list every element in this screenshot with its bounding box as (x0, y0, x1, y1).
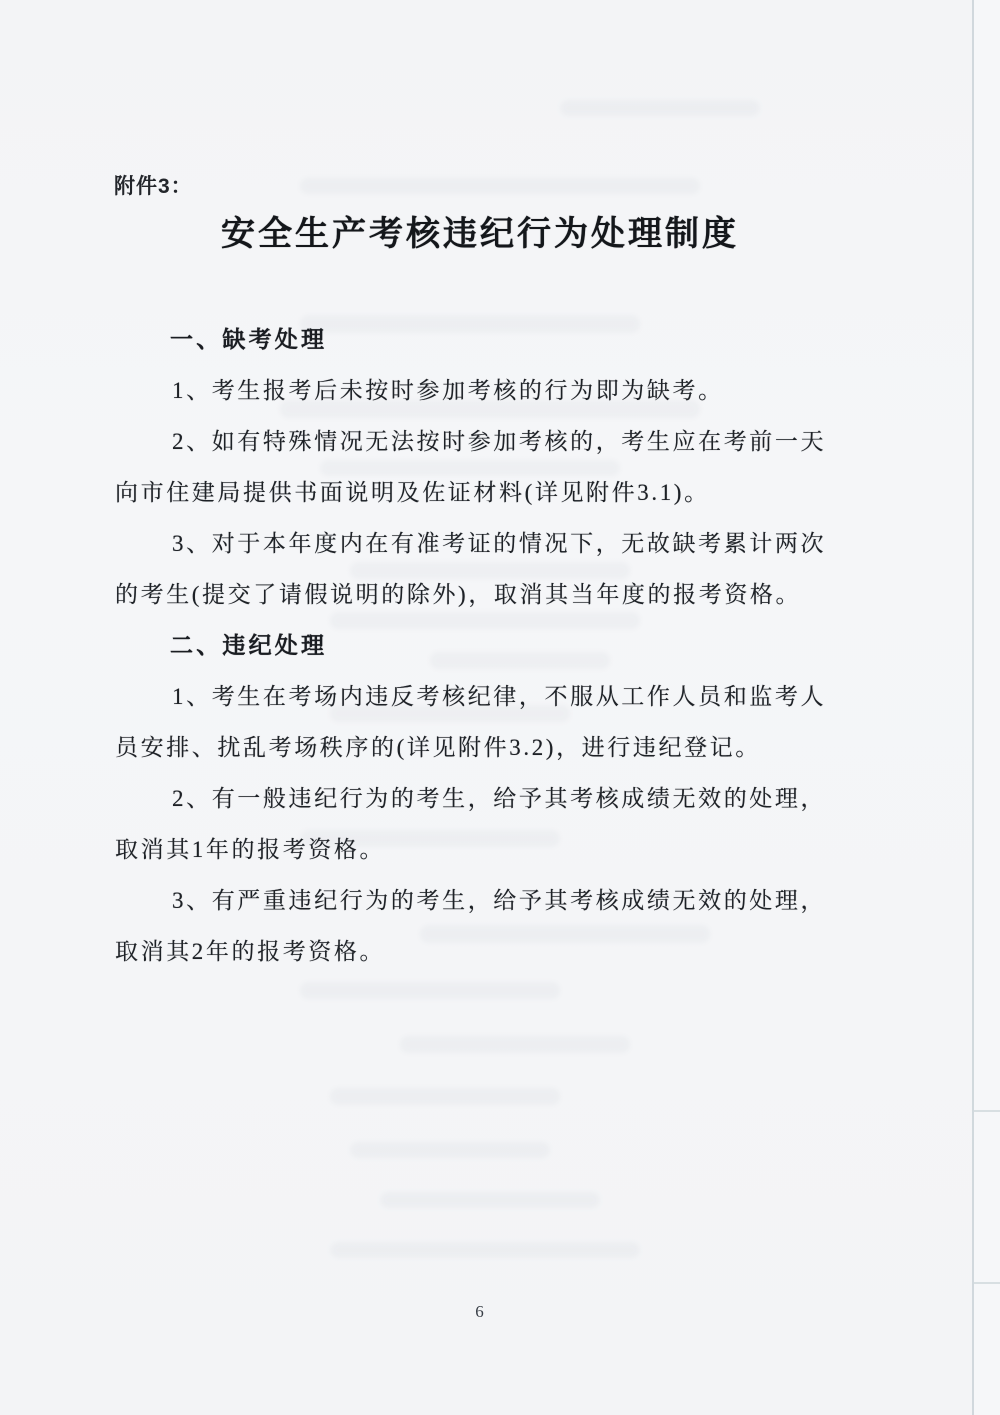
bleed-through-smudge (330, 1088, 560, 1105)
section-2-heading: 二、违纪处理 (115, 620, 847, 671)
section-2-item-3-line-1: 3、有严重违纪行为的考生，给予其考核成绩无效的处理， (115, 875, 847, 926)
section-2-item-2-line-2: 取消其1年的报考资格。 (115, 824, 847, 875)
section-1-item-1-line-1: 1、考生报考后未按时参加考核的行为即为缺考。 (115, 365, 847, 416)
bleed-through-smudge (330, 1242, 640, 1258)
bleed-through-smudge (300, 178, 700, 194)
scan-margin-strip (974, 0, 1000, 1415)
attachment-label: 附件3： (114, 170, 193, 200)
scan-edge-tick (974, 1282, 1000, 1284)
scanned-document-page: 附件3： 安全生产考核违纪行为处理制度 一、缺考处理 1、考生报考后未按时参加考… (0, 0, 1000, 1415)
bleed-through-smudge (380, 1192, 600, 1208)
section-2-item-3-line-2: 取消其2年的报考资格。 (115, 926, 847, 977)
bleed-through-smudge (350, 1142, 550, 1158)
bleed-through-smudge (560, 100, 760, 116)
document-body: 一、缺考处理 1、考生报考后未按时参加考核的行为即为缺考。 2、如有特殊情况无法… (115, 314, 847, 977)
section-1-item-3-line-2: 的考生(提交了请假说明的除外)，取消其当年度的报考资格。 (115, 569, 847, 620)
bleed-through-smudge (400, 1036, 630, 1053)
document-title: 安全生产考核违纪行为处理制度 (115, 206, 845, 255)
section-2-item-1-line-1: 1、考生在考场内违反考核纪律，不服从工作人员和监考人 (115, 671, 847, 722)
section-1-heading: 一、缺考处理 (115, 314, 847, 365)
section-1-item-2-line-2: 向市住建局提供书面说明及佐证材料(详见附件3.1)。 (115, 467, 847, 518)
page-number: 6 (115, 1302, 845, 1322)
section-2-item-1-line-2: 员安排、扰乱考场秩序的(详见附件3.2)，进行违纪登记。 (115, 722, 847, 773)
bleed-through-smudge (300, 982, 560, 999)
section-1-item-3-line-1: 3、对于本年度内在有准考证的情况下，无故缺考累计两次 (115, 518, 847, 569)
scan-edge-tick (974, 1110, 1000, 1112)
section-1-item-2-line-1: 2、如有特殊情况无法按时参加考核的，考生应在考前一天 (115, 416, 847, 467)
scan-edge-line (972, 0, 974, 1415)
section-2-item-2-line-1: 2、有一般违纪行为的考生，给予其考核成绩无效的处理， (115, 773, 847, 824)
